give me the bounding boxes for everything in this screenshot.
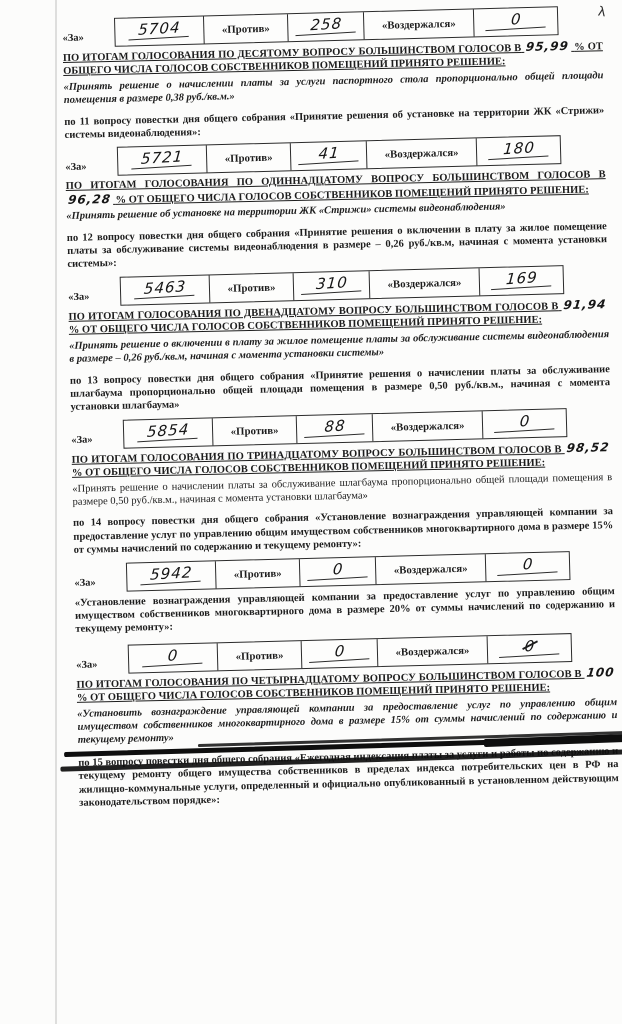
za-value-cell: 5854	[124, 418, 213, 447]
za-vote-count: 5463	[134, 278, 196, 300]
za-value-cell: 5942	[127, 561, 216, 590]
percent-value: 98,52	[564, 441, 613, 455]
protiv-value-cell: 0	[301, 639, 378, 668]
question-15-struck-section: по 15 вопросу повестки дня общего собран…	[78, 745, 619, 810]
vozderzhalsya-label: «Воздержался»	[366, 139, 477, 169]
vozderzhalsya-value-cell: 0	[473, 7, 558, 36]
vozderzhalsya-value-cell: 0	[482, 409, 567, 438]
document-content: «За» 5704 «Против» 258 «Воздержался» 0 П…	[62, 4, 619, 810]
protiv-label: «Против»	[212, 416, 297, 445]
za-value-cell: 5721	[118, 146, 207, 175]
vozderzhalsya-label: «Воздержался»	[369, 268, 480, 298]
za-vote-count: 5854	[137, 420, 199, 442]
vozderzhalsya-value-cell: 169	[479, 266, 564, 295]
question-14-intro: по 14 вопросу повестки дня общего собран…	[73, 505, 614, 557]
percent-value: 96,28	[65, 193, 114, 207]
vozderzhalsya-value-cell: 0	[487, 634, 572, 663]
za-label: «За»	[62, 32, 114, 48]
za-vote-count: 0	[142, 645, 204, 667]
percent-value: 100	[584, 666, 618, 680]
vozderzhalsya-value-cell: 0	[485, 552, 570, 581]
za-vote-count: 5942	[140, 563, 202, 585]
vozderzhalsya-vote-count: 0	[485, 9, 547, 31]
za-label: «За»	[74, 576, 126, 592]
protiv-label: «Против»	[203, 14, 288, 43]
protiv-value-cell: 88	[296, 414, 373, 443]
percent-value: 91,94	[561, 298, 610, 312]
vozderzhalsya-vote-count: 180	[488, 139, 550, 161]
protiv-vote-count: 41	[298, 144, 360, 166]
za-value-cell: 5704	[115, 16, 204, 45]
vozderzhalsya-label: «Воздержался»	[363, 9, 474, 39]
vozderzhalsya-vote-count: 0	[494, 411, 556, 433]
protiv-value-cell: 258	[287, 12, 364, 41]
vozderzhalsya-vote-count: 0	[499, 636, 561, 658]
vozderzhalsya-vote-count: 0	[497, 554, 559, 576]
za-vote-count: 5704	[129, 19, 191, 41]
protiv-vote-count: 0	[309, 641, 371, 663]
protiv-vote-count: 258	[295, 14, 357, 36]
za-label: «За»	[68, 291, 120, 307]
za-label: «За»	[76, 658, 128, 674]
za-vote-count: 5721	[131, 148, 193, 170]
protiv-value-cell: 41	[290, 142, 367, 171]
percent-value: 95,99	[523, 40, 572, 54]
za-value-cell: 0	[129, 643, 218, 672]
za-label: «За»	[71, 433, 123, 449]
protiv-vote-count: 0	[307, 559, 369, 581]
protiv-label: «Против»	[217, 641, 302, 670]
vote-box: 5942 «Против» 0 «Воздержался» 0	[126, 551, 571, 592]
protiv-vote-count: 310	[301, 273, 363, 295]
vozderzhalsya-vote-count: 169	[491, 268, 553, 290]
question-14-alt-text: «Установление вознаграждения управляющей…	[75, 585, 616, 637]
vozderzhalsya-value-cell: 180	[476, 137, 561, 166]
question-12-intro: по 12 вопросу повестки дня общего собран…	[67, 220, 608, 272]
protiv-label: «Против»	[215, 559, 300, 588]
protiv-vote-count: 88	[304, 416, 366, 438]
vozderzhalsya-label: «Воздержался»	[372, 411, 483, 441]
protiv-label: «Против»	[209, 273, 294, 302]
za-label: «За»	[65, 161, 117, 177]
vozderzhalsya-label: «Воздержался»	[375, 554, 486, 584]
scan-fold-line	[55, 0, 57, 1024]
protiv-value-cell: 310	[293, 271, 370, 300]
vozderzhalsya-label: «Воздержался»	[377, 636, 488, 666]
question-13-intro: по 13 вопросу повестки дня общего собран…	[70, 363, 611, 415]
scanned-document-page: λ «За» 5704 «Против» 258 «Воздержался» 0…	[0, 0, 622, 1024]
protiv-value-cell: 0	[299, 557, 376, 586]
za-value-cell: 5463	[121, 275, 210, 304]
protiv-label: «Против»	[206, 144, 291, 173]
